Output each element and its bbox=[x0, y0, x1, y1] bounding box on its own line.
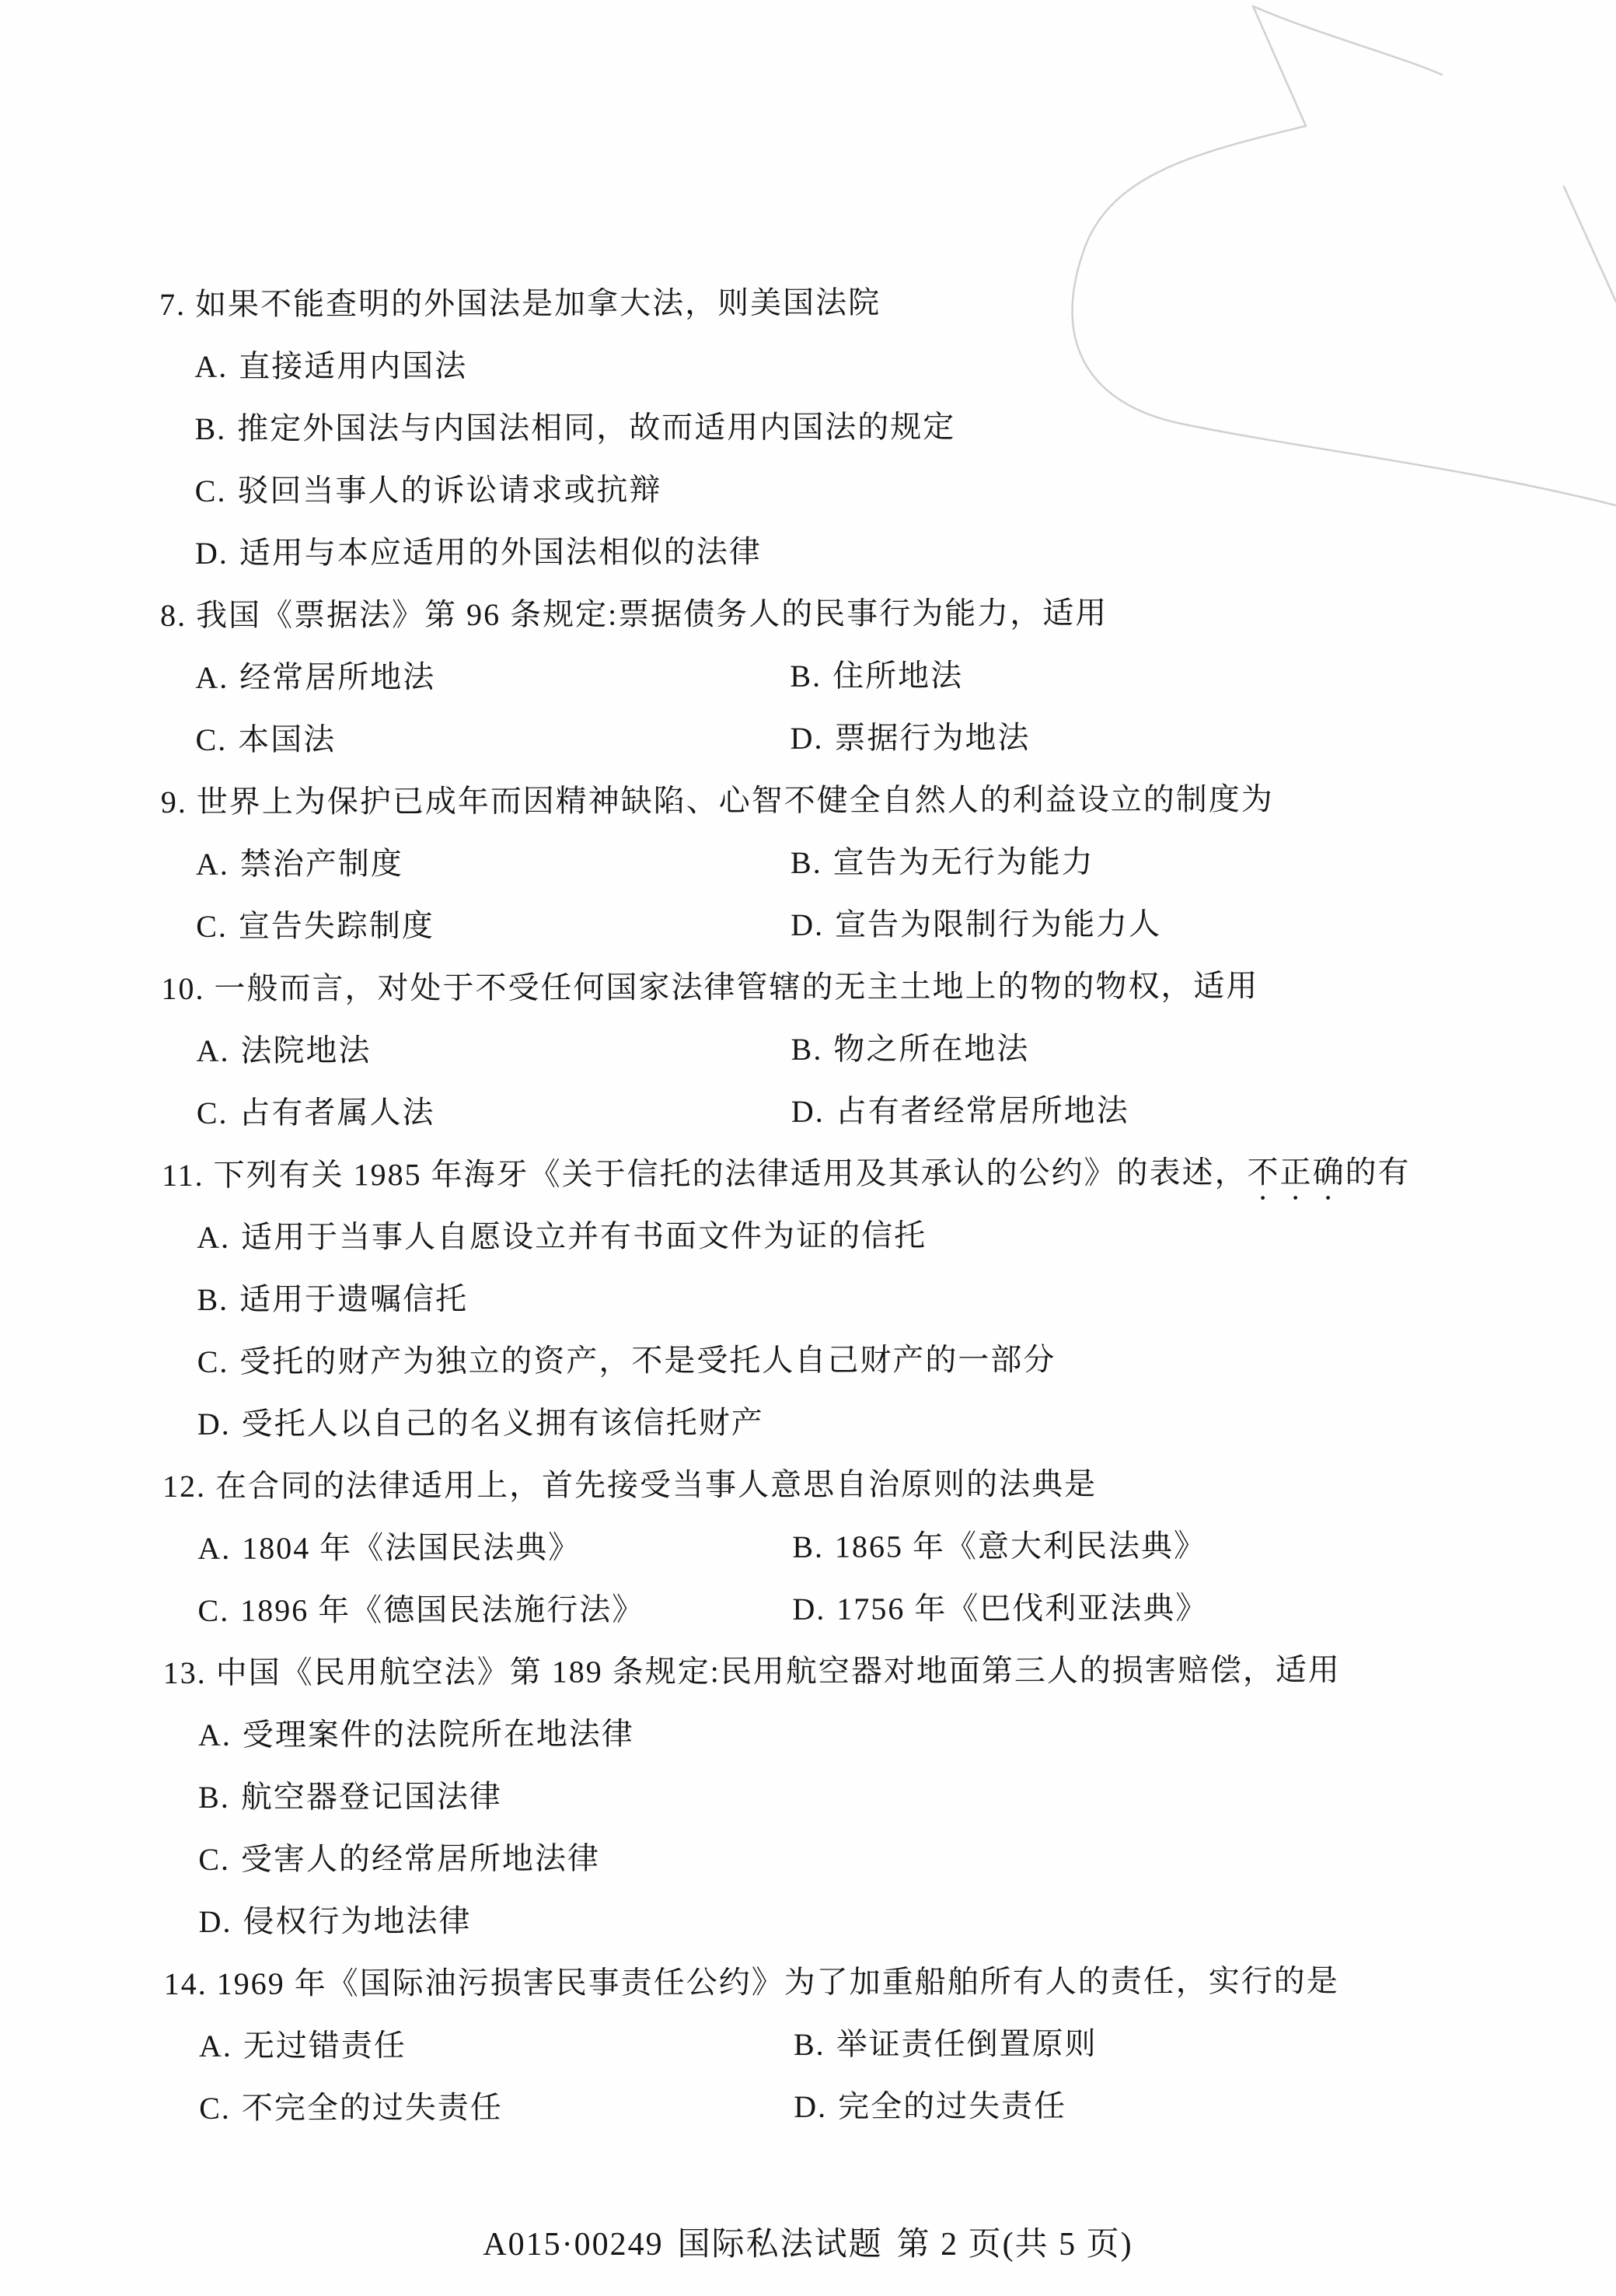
option-label: A. bbox=[197, 1531, 231, 1566]
option-label: B. bbox=[197, 1282, 229, 1317]
option-row: A.法院地法B.物之所在地法 bbox=[162, 1016, 1553, 1082]
option-row: C.受托的财产为独立的资产，不是受托人自己财产的一部分 bbox=[162, 1327, 1554, 1393]
option: D.适用与本应适用的外国法相似的法律 bbox=[195, 534, 762, 571]
question-stem: 11.下列有关 1985 年海牙《关于信托的法律适用及其承认的公约》的表述，不正… bbox=[162, 1141, 1553, 1207]
option-row: B.推定外国法与内国法相同，故而适用内国法的规定 bbox=[159, 394, 1551, 460]
option: C.受害人的经常居所地法律 bbox=[198, 1841, 600, 1877]
option-label: D. bbox=[791, 721, 824, 756]
option: D.宣告为限制行为能力人 bbox=[791, 892, 1552, 956]
option: D.1756 年《巴伐利亚法典》 bbox=[792, 1576, 1554, 1641]
option-text: 禁治产制度 bbox=[240, 846, 403, 882]
question-number: 10. bbox=[161, 971, 204, 1006]
option: B.举证责任倒置原则 bbox=[794, 2011, 1555, 2076]
option: B.1865 年《意大利民法典》 bbox=[792, 1514, 1554, 1578]
option: B.宣告为无行为能力 bbox=[791, 830, 1552, 894]
option-label: C. bbox=[197, 1344, 229, 1379]
option-text: 物之所在地法 bbox=[833, 1031, 1029, 1067]
option: D.票据行为地法 bbox=[790, 705, 1551, 770]
option-row: D.适用与本应适用的外国法相似的法律 bbox=[160, 519, 1551, 585]
question-text: 下列有关 1985 年海牙《关于信托的法律适用及其承认的公约》的表述，不正确的有 bbox=[213, 1155, 1410, 1193]
option-label: D. bbox=[792, 1592, 825, 1627]
option: D.完全的过失责任 bbox=[794, 2074, 1555, 2138]
option-row: C.宣告失踪制度D.宣告为限制行为能力人 bbox=[161, 892, 1552, 958]
option-text: 航空器登记国法律 bbox=[241, 1779, 502, 1815]
option-row: A.受理案件的法院所在地法律 bbox=[163, 1700, 1555, 1767]
option-label: C. bbox=[196, 909, 228, 944]
option-row: A.适用于当事人自愿设立并有书面文件为证的信托 bbox=[162, 1203, 1553, 1269]
question-stem: 10.一般而言，对处于不受任何国家法律管辖的无主土地上的物的物权，适用 bbox=[161, 954, 1552, 1020]
option-text: 住所地法 bbox=[832, 658, 963, 693]
question-number: 14. bbox=[164, 1966, 208, 2001]
option-label: B. bbox=[792, 1529, 824, 1564]
option-row: C.受害人的经常居所地法律 bbox=[163, 1825, 1555, 1891]
option-label: B. bbox=[791, 1032, 823, 1067]
option-text: 举证责任倒置原则 bbox=[836, 2026, 1098, 2062]
option-text: 不完全的过失责任 bbox=[242, 2090, 503, 2126]
page-footer: A015·00249国际私法试题第 2 页(共 5 页) bbox=[0, 2217, 1616, 2272]
question-stem: 8.我国《票据法》第 96 条规定:票据债务人的民事行为能力，适用 bbox=[160, 581, 1551, 647]
question-stem: 9.世界上为保护已成年而因精神缺陷、心智不健全自然人的利益设立的制度为 bbox=[161, 767, 1552, 833]
option-text: 本国法 bbox=[238, 722, 336, 757]
option-label: A. bbox=[194, 349, 228, 384]
question-text: 世界上为保护已成年而因精神缺陷、心智不健全自然人的利益设立的制度为 bbox=[197, 781, 1274, 820]
option: A.适用于当事人自愿设立并有书面文件为证的信托 bbox=[197, 1218, 927, 1254]
question-stem: 12.在合同的法律适用上，首先接受当事人意思自治原则的法典是 bbox=[162, 1452, 1554, 1518]
option: D.占有者经常居所地法 bbox=[791, 1078, 1553, 1143]
option-label: A. bbox=[199, 2029, 232, 2064]
option-text: 宣告为限制行为能力人 bbox=[835, 907, 1161, 942]
option-row: C.占有者属人法D.占有者经常居所地法 bbox=[162, 1078, 1553, 1145]
option-label: A. bbox=[198, 1718, 232, 1753]
option-label: C. bbox=[197, 1593, 229, 1628]
option: B.住所地法 bbox=[790, 643, 1551, 708]
option-row: B.适用于遗嘱信托 bbox=[162, 1265, 1553, 1331]
option-text: 宣告失踪制度 bbox=[239, 908, 435, 944]
option-label: A. bbox=[197, 1033, 230, 1068]
option-label: C. bbox=[197, 1096, 229, 1131]
question-stem: 14.1969 年《国际油污损害民事责任公约》为了加重船舶所有人的责任，实行的是 bbox=[164, 1949, 1555, 2015]
option-label: C. bbox=[199, 2091, 231, 2126]
option: A.禁治产制度 bbox=[196, 832, 791, 896]
option-text: 完全的过失责任 bbox=[838, 2088, 1066, 2124]
question-text: 我国《票据法》第 96 条规定:票据债务人的民事行为能力，适用 bbox=[196, 596, 1108, 633]
option-label: B. bbox=[790, 659, 822, 694]
option-row: A.1804 年《法国民法典》B.1865 年《意大利民法典》 bbox=[162, 1514, 1554, 1580]
question-text: 一般而言，对处于不受任何国家法律管辖的无主土地上的物的物权，适用 bbox=[214, 968, 1258, 1006]
option: C.受托的财产为独立的资产，不是受托人自己财产的一部分 bbox=[197, 1342, 1056, 1379]
option-label: A. bbox=[197, 1220, 230, 1255]
question-text: 如果不能查明的外国法是加拿大法，则美国法院 bbox=[195, 285, 881, 322]
option-row: A.直接适用内国法 bbox=[159, 332, 1551, 398]
option: B.适用于遗嘱信托 bbox=[197, 1281, 468, 1317]
option: A.受理案件的法院所在地法律 bbox=[198, 1716, 634, 1752]
option: B.物之所在地法 bbox=[791, 1016, 1553, 1081]
option-text: 1804 年《法国民法典》 bbox=[242, 1530, 581, 1566]
question-number: 7. bbox=[159, 287, 186, 322]
option-label: A. bbox=[196, 847, 229, 882]
option-label: D. bbox=[791, 1094, 825, 1129]
option-label: D. bbox=[791, 907, 824, 942]
option-row: C.1896 年《德国民法施行法》D.1756 年《巴伐利亚法典》 bbox=[162, 1576, 1554, 1642]
option-text: 法院地法 bbox=[240, 1033, 371, 1068]
option: A.无过错责任 bbox=[199, 2014, 794, 2078]
question-number: 9. bbox=[161, 785, 187, 820]
question-text: 1969 年《国际油污损害民事责任公约》为了加重船舶所有人的责任，实行的是 bbox=[217, 1963, 1339, 2001]
question-number: 11. bbox=[162, 1158, 204, 1193]
option-text: 无过错责任 bbox=[243, 2028, 407, 2064]
question-stem: 7.如果不能查明的外国法是加拿大法，则美国法院 bbox=[159, 270, 1551, 336]
option-label: C. bbox=[195, 474, 227, 508]
option: D.侵权行为地法律 bbox=[198, 1903, 471, 1939]
option-text: 受托人以自己的名义拥有该信托财产 bbox=[242, 1405, 764, 1442]
option-text: 票据行为地法 bbox=[834, 720, 1030, 756]
option: B.推定外国法与内国法相同，故而适用内国法的规定 bbox=[194, 409, 955, 446]
question-number: 13. bbox=[163, 1655, 207, 1690]
question-list: 7.如果不能查明的外国法是加拿大法，则美国法院A.直接适用内国法B.推定外国法与… bbox=[159, 270, 1555, 2140]
option-row: D.受托人以自己的名义拥有该信托财产 bbox=[162, 1389, 1554, 1456]
paper-title: 国际私法试题 bbox=[678, 2227, 883, 2263]
option-text: 侵权行为地法律 bbox=[243, 1903, 471, 1939]
option-row: C.不完全的过失责任D.完全的过失责任 bbox=[164, 2074, 1555, 2140]
option-text: 推定外国法与内国法相同，故而适用内国法的规定 bbox=[237, 409, 955, 446]
option: C.本国法 bbox=[195, 708, 790, 771]
option-text: 受理案件的法院所在地法律 bbox=[243, 1716, 634, 1752]
option-row: D.侵权行为地法律 bbox=[163, 1887, 1555, 1953]
option-text: 直接适用内国法 bbox=[239, 348, 467, 384]
option-text: 驳回当事人的诉讼请求或抗辩 bbox=[237, 472, 661, 508]
option-text: 适用于遗嘱信托 bbox=[239, 1281, 468, 1317]
option-text: 占有者属人法 bbox=[239, 1095, 435, 1131]
question-number: 12. bbox=[162, 1469, 206, 1504]
paper-code: A015·00249 bbox=[483, 2227, 663, 2263]
option-label: B. bbox=[194, 411, 226, 446]
option: B.航空器登记国法律 bbox=[198, 1779, 502, 1815]
option-label: D. bbox=[198, 1904, 232, 1939]
option: C.1896 年《德国民法施行法》 bbox=[197, 1578, 792, 1642]
option-row: C.驳回当事人的诉讼请求或抗辩 bbox=[160, 456, 1551, 522]
option: C.占有者属人法 bbox=[197, 1081, 791, 1145]
emphasized-text: 不正确 bbox=[1247, 1155, 1345, 1190]
option-row: B.航空器登记国法律 bbox=[163, 1763, 1555, 1829]
option-label: D. bbox=[197, 1407, 231, 1442]
question-text: 在合同的法律适用上，首先接受当事人意思自治原则的法典是 bbox=[215, 1466, 1097, 1504]
option-text: 1756 年《巴伐利亚法典》 bbox=[836, 1590, 1208, 1626]
option-text: 宣告为无行为能力 bbox=[833, 844, 1094, 880]
option-label: B. bbox=[198, 1780, 230, 1815]
option-label: B. bbox=[791, 845, 822, 880]
option: A.经常居所地法 bbox=[195, 645, 790, 709]
option: C.宣告失踪制度 bbox=[196, 894, 791, 958]
option: A.直接适用内国法 bbox=[194, 348, 467, 384]
option-text: 适用于当事人自愿设立并有书面文件为证的信托 bbox=[241, 1218, 927, 1254]
question-text: 中国《民用航空法》第 189 条规定:民用航空器对地面第三人的损害赔偿，适用 bbox=[216, 1652, 1341, 1690]
option: A.法院地法 bbox=[197, 1019, 791, 1082]
page-indicator: 第 2 页(共 5 页) bbox=[897, 2227, 1133, 2263]
option-text: 适用与本应适用的外国法相似的法律 bbox=[239, 534, 762, 571]
option-text: 1865 年《意大利民法典》 bbox=[835, 1528, 1206, 1564]
option-row: A.经常居所地法B.住所地法 bbox=[160, 643, 1551, 709]
option-label: D. bbox=[794, 2089, 827, 2124]
option-label: A. bbox=[195, 660, 229, 695]
option: C.不完全的过失责任 bbox=[199, 2076, 794, 2140]
option: A.1804 年《法国民法典》 bbox=[197, 1516, 792, 1580]
option-row: A.无过错责任B.举证责任倒置原则 bbox=[164, 2011, 1555, 2078]
question-stem: 13.中国《民用航空法》第 189 条规定:民用航空器对地面第三人的损害赔偿，适… bbox=[163, 1638, 1555, 1704]
option: C.驳回当事人的诉讼请求或抗辩 bbox=[195, 472, 662, 508]
exam-page: 7.如果不能查明的外国法是加拿大法，则美国法院A.直接适用内国法B.推定外国法与… bbox=[0, 0, 1616, 2296]
option-text: 受害人的经常居所地法律 bbox=[241, 1841, 600, 1877]
option-label: D. bbox=[195, 536, 229, 571]
option-label: C. bbox=[196, 722, 228, 757]
question-number: 8. bbox=[160, 598, 187, 633]
option-text: 1896 年《德国民法施行法》 bbox=[240, 1592, 644, 1627]
option-text: 经常居所地法 bbox=[239, 659, 435, 695]
option-label: C. bbox=[198, 1842, 230, 1877]
option: D.受托人以自己的名义拥有该信托财产 bbox=[197, 1405, 764, 1442]
option-label: B. bbox=[794, 2027, 825, 2062]
option-text: 受托的财产为独立的资产，不是受托人自己财产的一部分 bbox=[239, 1342, 1056, 1379]
option-row: C.本国法D.票据行为地法 bbox=[160, 705, 1551, 771]
option-text: 占有者经常居所地法 bbox=[836, 1093, 1129, 1129]
option-row: A.禁治产制度B.宣告为无行为能力 bbox=[161, 830, 1552, 896]
